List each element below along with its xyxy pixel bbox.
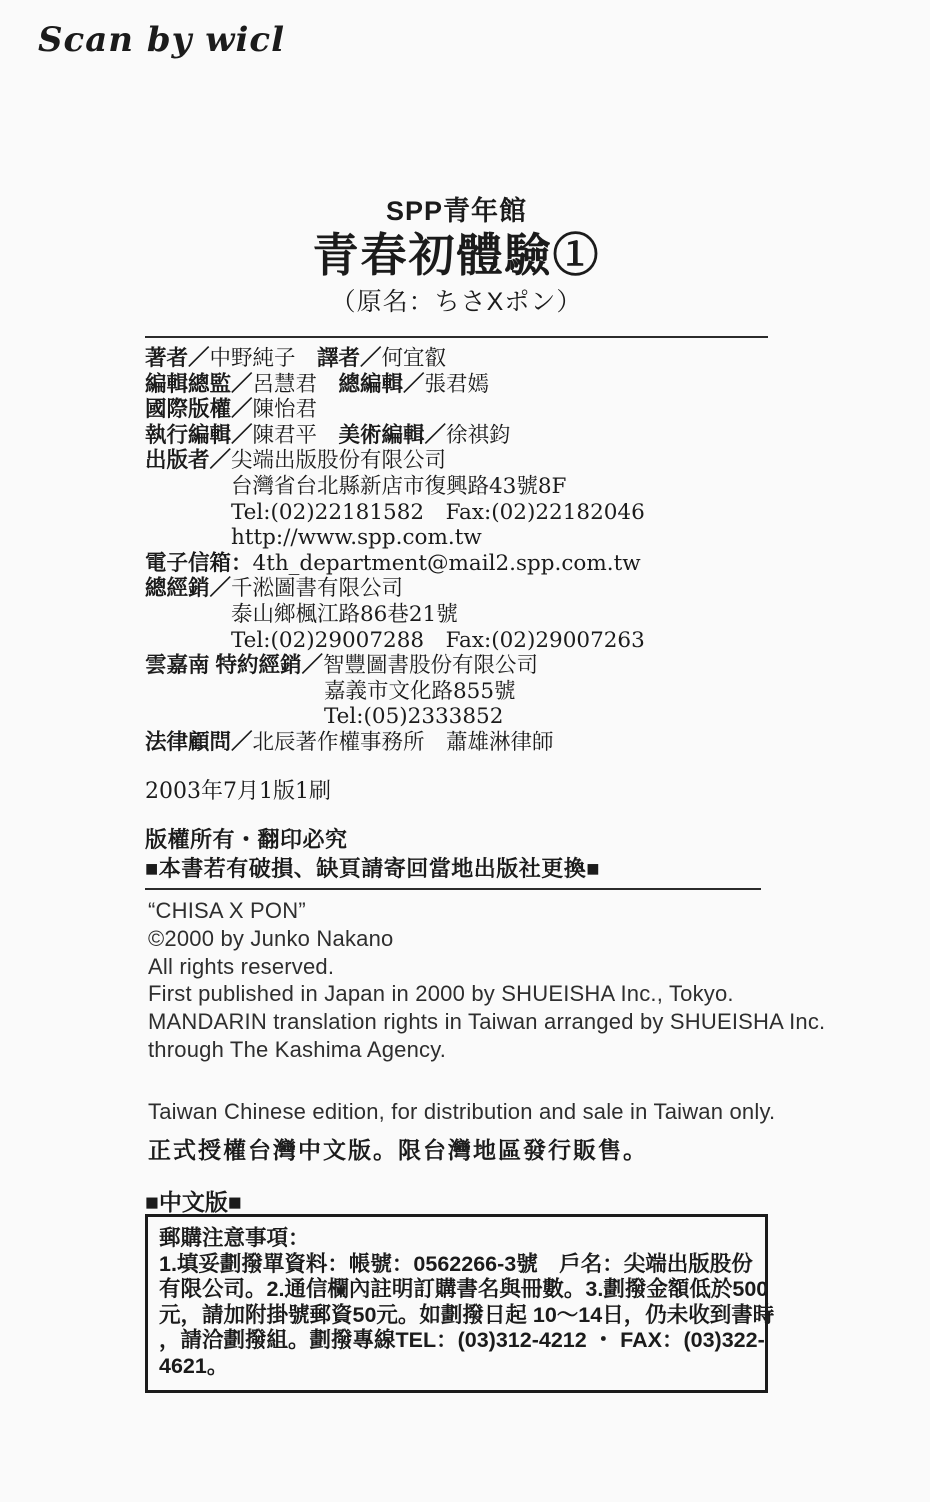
credit-row-author: 著者／中野純子 譯者／何宜叡 [145, 346, 645, 372]
original-title: （原名：ちさXポン） [145, 287, 768, 317]
mail-order-line: 4621。 [159, 1354, 754, 1380]
credit-value: 陳怡君 [253, 397, 318, 422]
mail-order-line: 元，請加附掛號郵資50元。如劃撥日起 10～14日，仍未收到書時 [159, 1303, 754, 1329]
original-work-title: “CHISA X PON” [148, 897, 825, 925]
credit-label: 法律顧問／ [145, 730, 253, 754]
credit-value: 尖端出版股份有限公司 [231, 448, 446, 473]
divider-top [145, 336, 768, 338]
taiwan-edition-block: Taiwan Chinese edition, for distribution… [148, 1099, 775, 1165]
chinese-edition-tag: ■中文版■ [145, 1184, 242, 1217]
book-title: 青春初體驗① [145, 230, 768, 280]
credit-label: 國際版權／ [145, 397, 253, 421]
divider-bottom [145, 888, 761, 890]
credit-row-legal-advisor: 法律顧問／北辰著作權事務所 蕭雄淋律師 [145, 730, 645, 756]
edition-date: 2003年7月1版1刷 [145, 774, 331, 805]
credit-label: 出版者／ [145, 448, 231, 472]
credit-value: 北辰著作權事務所 蕭雄淋律師 [253, 730, 554, 755]
credit-value: 呂慧君 [253, 372, 339, 397]
credit-row-editorial-director: 編輯總監／呂慧君 總編輯／張君嫣 [145, 372, 645, 398]
credit-value: 張君嫣 [425, 372, 490, 397]
credit-value: 中野純子 [210, 346, 318, 371]
mail-order-line: 有限公司。2.通信欄內註明訂購書名與冊數。3.劃撥金額低於500 [159, 1277, 754, 1303]
regional-distributor-address: 嘉義市文化路855號 [145, 679, 645, 705]
english-copyright-block: “CHISA X PON” ©2000 by Junko Nakano All … [148, 897, 825, 1064]
credit-value: 4th_department@mail2.spp.com.tw [253, 551, 641, 576]
mail-order-line: 1.填妥劃撥單資料：帳號：0562266-3號 戶名：尖端出版股份 [159, 1252, 754, 1278]
credit-label: 總編輯／ [339, 372, 425, 396]
credit-row-publisher: 出版者／尖端出版股份有限公司 [145, 448, 645, 474]
credit-value: Tel:(02)29007288 Fax:(02)29007263 [231, 628, 645, 653]
translation-rights-line: MANDARIN translation rights in Taiwan ar… [148, 1008, 825, 1036]
credit-value: 智豐圖書股份有限公司 [323, 653, 538, 678]
credit-value: 泰山鄉楓江路86巷21號 [231, 602, 458, 627]
publisher-address: 台灣省台北縣新店市復興路43號8F [145, 474, 645, 500]
rights-block: 版權所有・翻印必究 ■本書若有破損、缺頁請寄回當地出版社更換■ [145, 826, 600, 883]
credit-value: Tel:(05)2333852 [324, 704, 503, 729]
credit-row-email: 電子信箱：4th_department@mail2.spp.com.tw [145, 551, 645, 577]
credit-label: 美術編輯／ [339, 423, 447, 447]
copyright-line: ©2000 by Junko Nakano [148, 925, 825, 953]
mail-order-title: 郵購注意事項： [159, 1226, 754, 1252]
taiwan-edition-chinese: 正式授權台灣中文版。限台灣地區發行販售。 [148, 1132, 775, 1165]
credit-label: 執行編輯／ [145, 423, 253, 447]
credit-value: 徐祺鈞 [446, 423, 511, 448]
agency-line: through The Kashima Agency. [148, 1036, 825, 1064]
credit-value: 台灣省台北縣新店市復興路43號8F [231, 474, 566, 499]
imprint-name: SPP青年館 [145, 196, 768, 226]
credit-value: Tel:(02)22181582 Fax:(02)22182046 [231, 500, 645, 525]
credit-row-executive-editor: 執行編輯／陳君平 美術編輯／徐祺鈞 [145, 423, 645, 449]
book-header: SPP青年館 青春初體驗① （原名：ちさXポン） [145, 196, 768, 317]
credit-label: 譯者／ [317, 346, 382, 370]
credit-row-intl-rights: 國際版權／陳怡君 [145, 397, 645, 423]
taiwan-edition-english: Taiwan Chinese edition, for distribution… [148, 1099, 775, 1125]
credit-value: 陳君平 [253, 423, 339, 448]
rights-reserved-line: All rights reserved. [148, 953, 825, 981]
credit-label: 總經銷／ [145, 576, 231, 600]
credit-label: 雲嘉南 特約經銷／ [145, 653, 323, 677]
distributor-address: 泰山鄉楓江路86巷21號 [145, 602, 645, 628]
credit-value: 嘉義市文化路855號 [324, 679, 516, 704]
return-notice: ■本書若有破損、缺頁請寄回當地出版社更換■ [145, 855, 600, 884]
copyright-warning: 版權所有・翻印必究 [145, 826, 600, 855]
scanner-credit: Scan by wicl [38, 20, 285, 60]
credit-value: 千淞圖書有限公司 [231, 576, 403, 601]
credit-row-distributor: 總經銷／千淞圖書有限公司 [145, 576, 645, 602]
regional-distributor-phone: Tel:(05)2333852 [145, 704, 645, 730]
mail-order-line: ，請洽劃撥組。劃撥專線TEL：(03)312-4212 ・ FAX：(03)32… [159, 1328, 754, 1354]
credit-label: 編輯總監／ [145, 372, 253, 396]
credit-row-regional-distributor: 雲嘉南 特約經銷／智豐圖書股份有限公司 [145, 653, 645, 679]
credit-label: 著者／ [145, 346, 210, 370]
credit-value: 何宜叡 [382, 346, 447, 371]
mail-order-notice-box: 郵購注意事項： 1.填妥劃撥單資料：帳號：0562266-3號 戶名：尖端出版股… [145, 1214, 768, 1393]
first-published-line: First published in Japan in 2000 by SHUE… [148, 980, 825, 1008]
credit-value: http://www.spp.com.tw [231, 525, 482, 550]
publication-credits: 著者／中野純子 譯者／何宜叡 編輯總監／呂慧君 總編輯／張君嫣 國際版權／陳怡君… [145, 346, 645, 756]
publisher-website: http://www.spp.com.tw [145, 525, 645, 551]
distributor-phone-fax: Tel:(02)29007288 Fax:(02)29007263 [145, 628, 645, 654]
publisher-phone-fax: Tel:(02)22181582 Fax:(02)22182046 [145, 500, 645, 526]
colophon-page: Scan by wicl SPP青年館 青春初體驗① （原名：ちさXポン） 著者… [0, 0, 930, 1502]
credit-label: 電子信箱： [145, 551, 253, 575]
